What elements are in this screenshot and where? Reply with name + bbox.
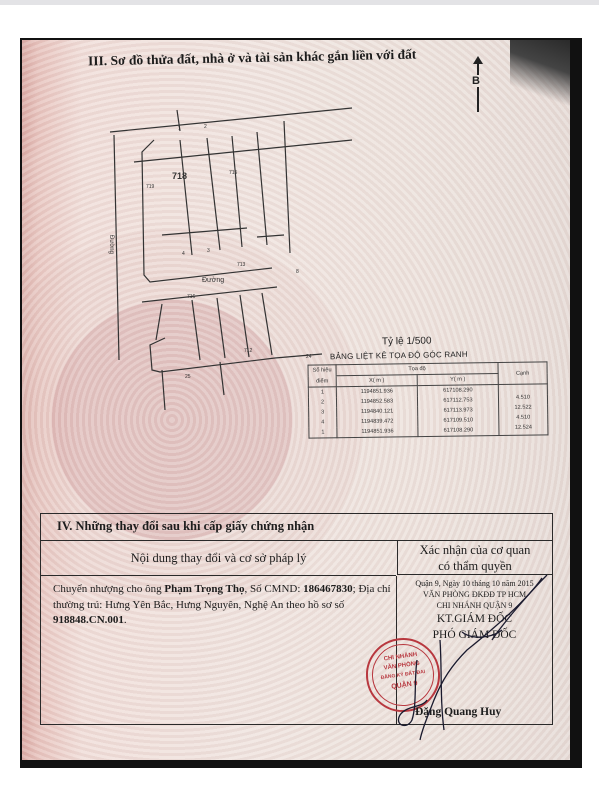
viewer-top-bar bbox=[0, 0, 599, 5]
signer-name: Đặng Quang Huy bbox=[415, 706, 501, 718]
svg-text:3: 3 bbox=[207, 248, 210, 254]
svg-text:1: 1 bbox=[178, 126, 181, 132]
road-label-horizontal: Đường bbox=[202, 277, 224, 284]
svg-text:716: 716 bbox=[187, 294, 196, 300]
section-4-changes-table: IV. Những thay đổi sau khi cấp giấy chứn… bbox=[40, 513, 553, 725]
parcel-number-main: 718 bbox=[172, 171, 187, 181]
change-content: Chuyển nhượng cho ông Phạm Trọng Thọ, Số… bbox=[53, 582, 393, 629]
road-label-vertical: Đường bbox=[108, 235, 114, 254]
id-number: 186467830 bbox=[303, 583, 353, 595]
svg-text:719: 719 bbox=[146, 184, 155, 190]
file-number: 918848.CN.001 bbox=[53, 614, 124, 626]
office-name: VĂN PHÒNG ĐKĐĐ TP HCM bbox=[397, 589, 552, 600]
transferee-name: Phạm Trọng Thọ bbox=[164, 583, 244, 595]
svg-text:2: 2 bbox=[204, 124, 207, 130]
coordinates-table: Số hiệu Tọa độ Cạnh điểm X( m ) Y( m ) 1… bbox=[307, 361, 548, 438]
certificate-page: III. Sơ đồ thửa đất, nhà ở và tài sản kh… bbox=[22, 40, 570, 760]
office-branch: CHI NHÁNH QUẬN 9 bbox=[397, 600, 552, 611]
svg-text:715: 715 bbox=[229, 170, 238, 176]
section-4-title-row: IV. Những thay đổi sau khi cấp giấy chứn… bbox=[41, 514, 552, 541]
svg-text:24: 24 bbox=[306, 354, 312, 360]
header-edge: Cạnh bbox=[498, 362, 547, 385]
svg-text:4: 4 bbox=[182, 251, 185, 257]
svg-text:8: 8 bbox=[296, 269, 299, 275]
svg-text:25: 25 bbox=[185, 374, 191, 380]
svg-text:713: 713 bbox=[237, 262, 246, 268]
changes-content-header: Nội dung thay đổi và cơ sở pháp lý bbox=[41, 541, 396, 576]
authority-confirmation-header: Xác nhận của cơ quan có thẩm quyền bbox=[397, 541, 552, 575]
photo-bottom-edge bbox=[20, 762, 582, 768]
confirmation-date: Quận 9, Ngày 10 tháng 10 năm 2015 bbox=[397, 578, 552, 589]
authority-confirmation: Quận 9, Ngày 10 tháng 10 năm 2015 VĂN PH… bbox=[397, 578, 552, 643]
signer-title-2: PHÓ GIÁM ĐỐC bbox=[397, 627, 552, 643]
map-scale: Tỷ lệ 1/500 bbox=[382, 336, 432, 348]
signer-title-1: KT.GIÁM ĐỐC bbox=[397, 611, 552, 627]
section-4-title: IV. Những thay đổi sau khi cấp giấy chứn… bbox=[57, 519, 314, 534]
svg-text:712: 712 bbox=[244, 348, 253, 354]
header-point-no: Số hiệu bbox=[308, 365, 336, 376]
